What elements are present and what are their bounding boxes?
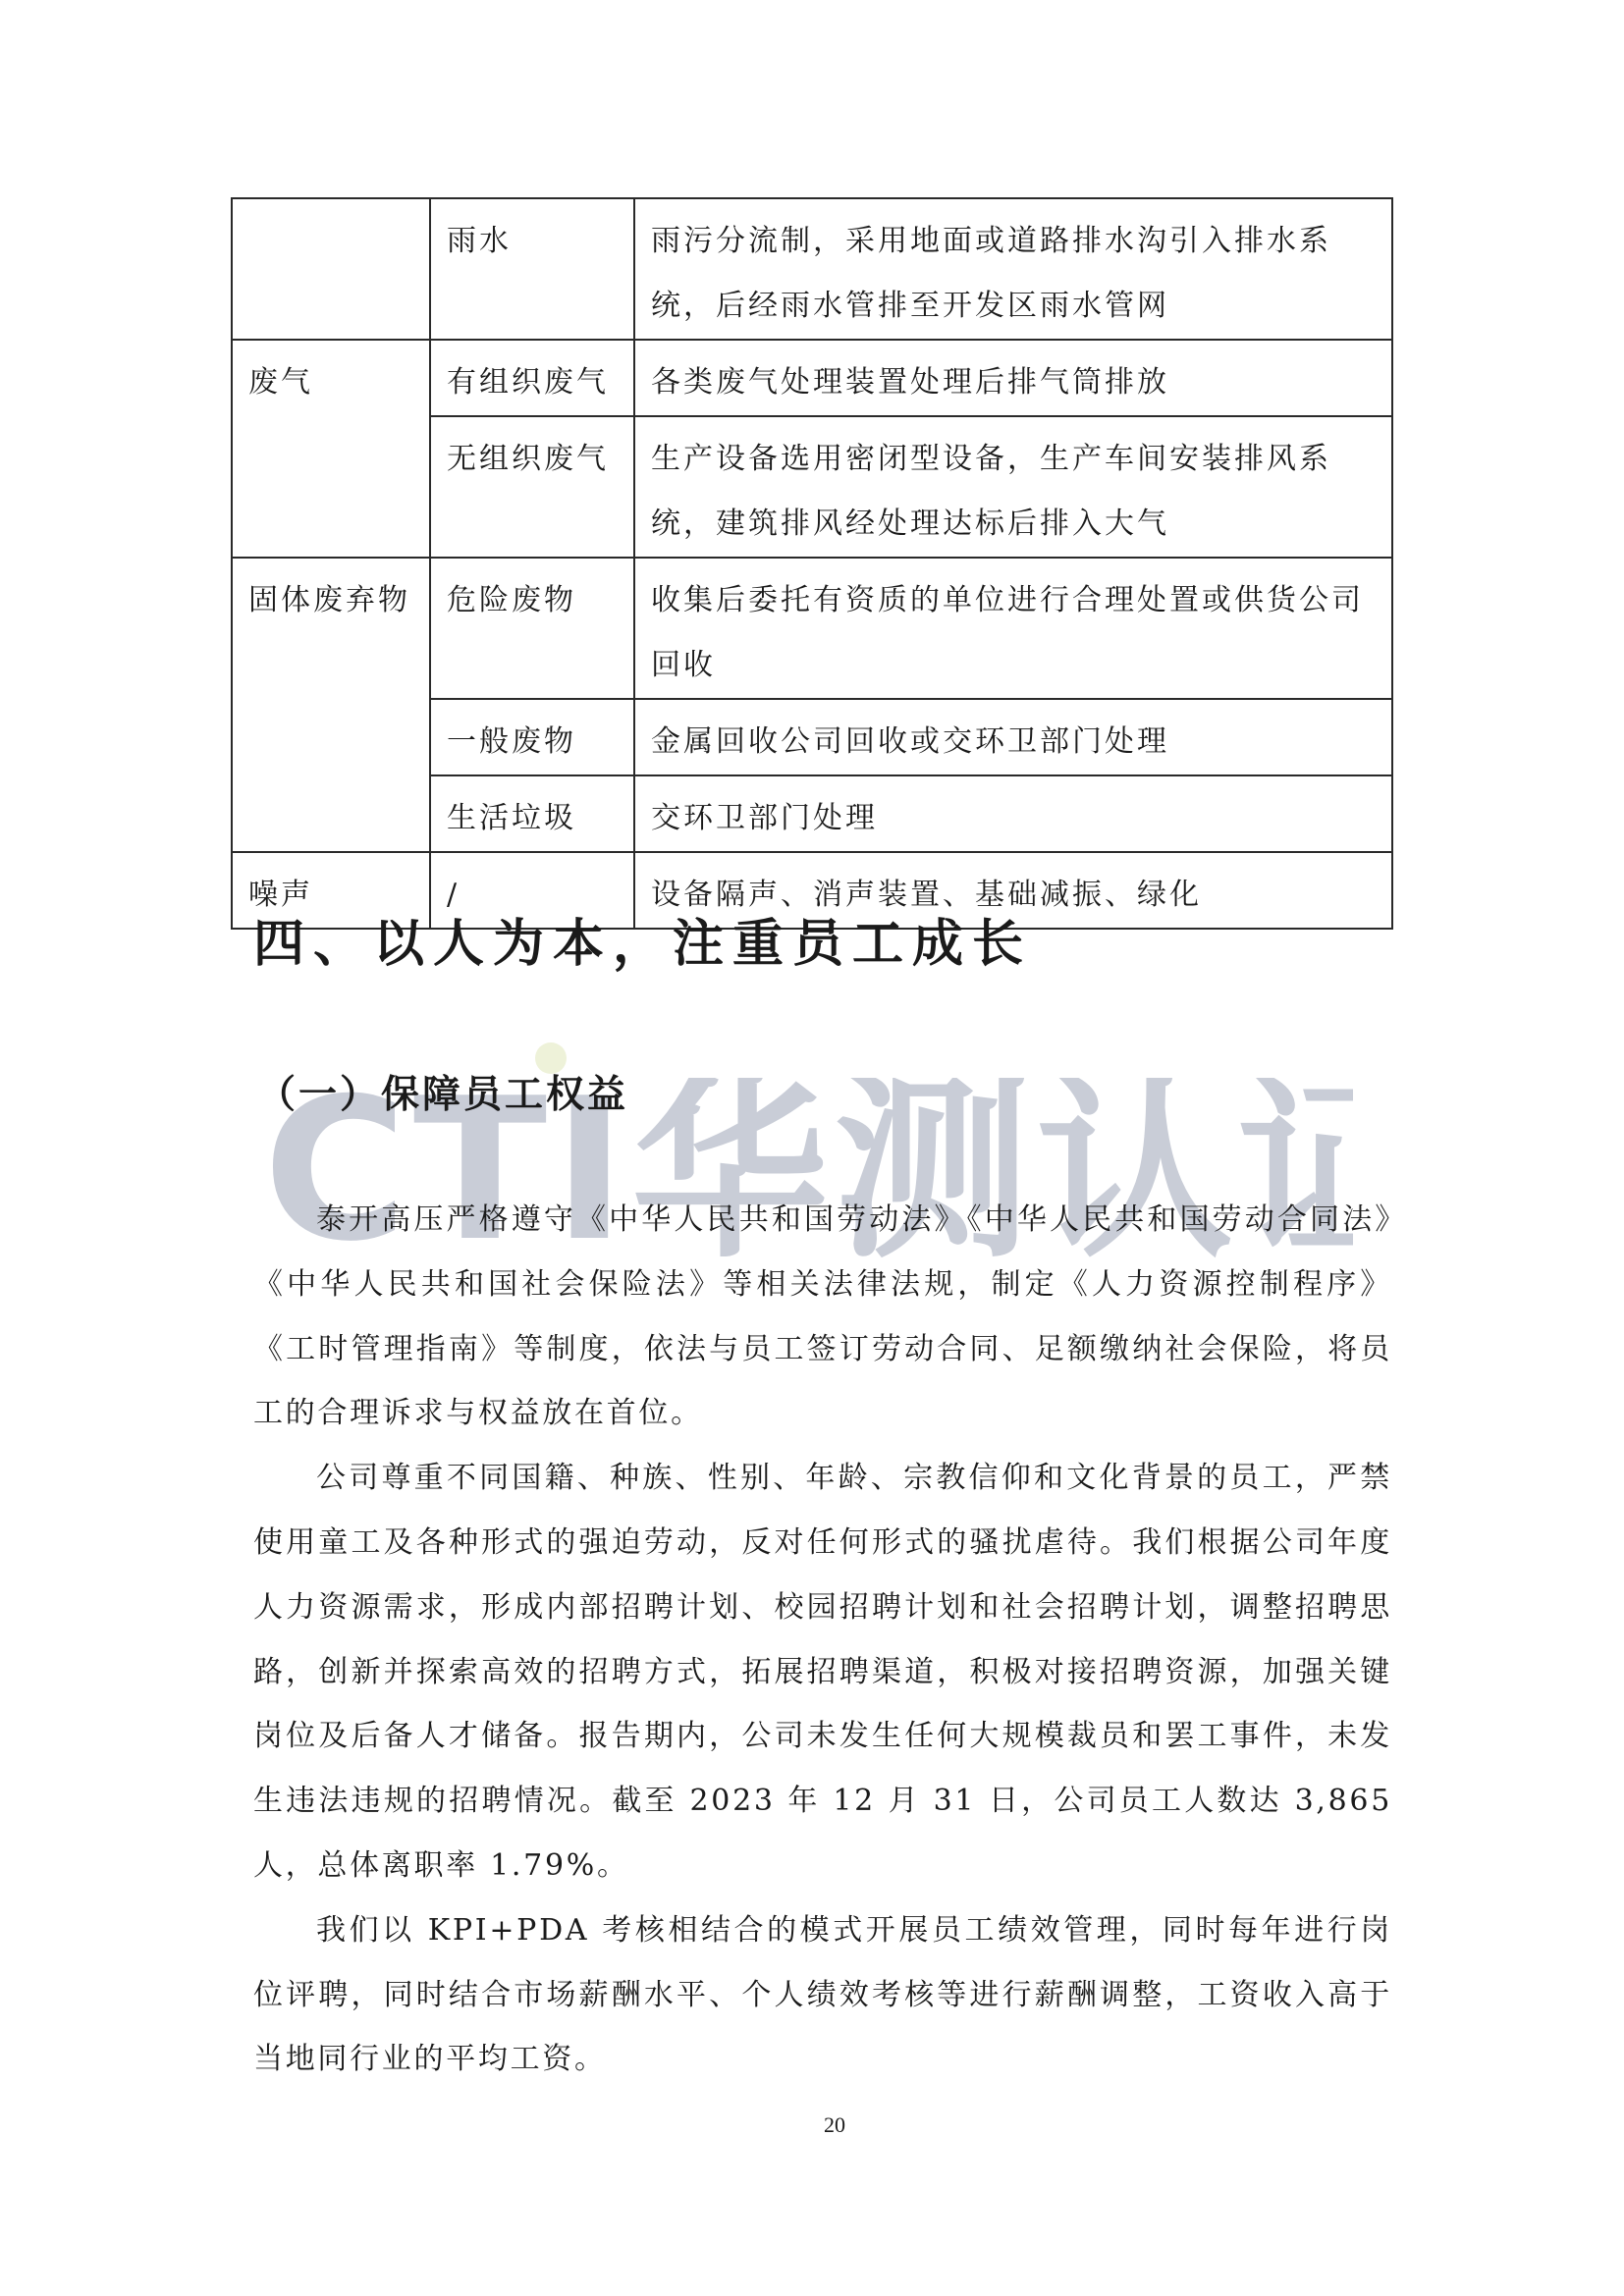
- paragraph: 泰开高压严格遵守《中华人民共和国劳动法》《中华人民共和国劳动合同法》《中华人民共…: [253, 1188, 1392, 1446]
- document-page: CTI华测认证 雨水 雨污分流制，采用地面或道路排水沟引入排水系统，后经雨水管排…: [0, 0, 1624, 2296]
- table-cell-measure: 金属回收公司回收或交环卫部门处理: [634, 699, 1392, 775]
- table-cell-category: 废气: [232, 340, 430, 558]
- table-cell-item: 生活垃圾: [430, 775, 634, 852]
- table-cell-item: 无组织废气: [430, 416, 634, 558]
- table-cell-category: 固体废弃物: [232, 558, 430, 852]
- body-text: 泰开高压严格遵守《中华人民共和国劳动法》《中华人民共和国劳动合同法》《中华人民共…: [253, 1188, 1392, 2092]
- table-cell-measure: 收集后委托有资质的单位进行合理处置或供货公司回收: [634, 558, 1392, 699]
- table-cell-item: 一般废物: [430, 699, 634, 775]
- table-cell-item: 雨水: [430, 198, 634, 340]
- table-cell-measure: 雨污分流制，采用地面或道路排水沟引入排水系统，后经雨水管排至开发区雨水管网: [634, 198, 1392, 340]
- section-title: 四、以人为本，注重员工成长: [253, 905, 1032, 984]
- table-row: 雨水 雨污分流制，采用地面或道路排水沟引入排水系统，后经雨水管排至开发区雨水管网: [232, 198, 1392, 340]
- table-row: 废气 有组织废气 各类废气处理装置处理后排气筒排放: [232, 340, 1392, 416]
- paragraph: 我们以 KPI+PDA 考核相结合的模式开展员工绩效管理，同时每年进行岗位评聘，…: [253, 1898, 1392, 2092]
- table-row: 固体废弃物 危险废物 收集后委托有资质的单位进行合理处置或供货公司回收: [232, 558, 1392, 699]
- table-cell-measure: 生产设备选用密闭型设备，生产车间安装排风系统，建筑排风经处理达标后排入大气: [634, 416, 1392, 558]
- subsection-title: （一）保障员工权益: [257, 1064, 628, 1127]
- table-cell-item: 有组织废气: [430, 340, 634, 416]
- table-cell-category: [232, 198, 430, 340]
- table-cell-item: 危险废物: [430, 558, 634, 699]
- paragraph: 公司尊重不同国籍、种族、性别、年龄、宗教信仰和文化背景的员工，严禁使用童工及各种…: [253, 1446, 1392, 1898]
- table-cell-measure: 各类废气处理装置处理后排气筒排放: [634, 340, 1392, 416]
- pollution-control-table: 雨水 雨污分流制，采用地面或道路排水沟引入排水系统，后经雨水管排至开发区雨水管网…: [231, 197, 1393, 930]
- table-cell-measure: 交环卫部门处理: [634, 775, 1392, 852]
- page-number: 20: [0, 2112, 1624, 2138]
